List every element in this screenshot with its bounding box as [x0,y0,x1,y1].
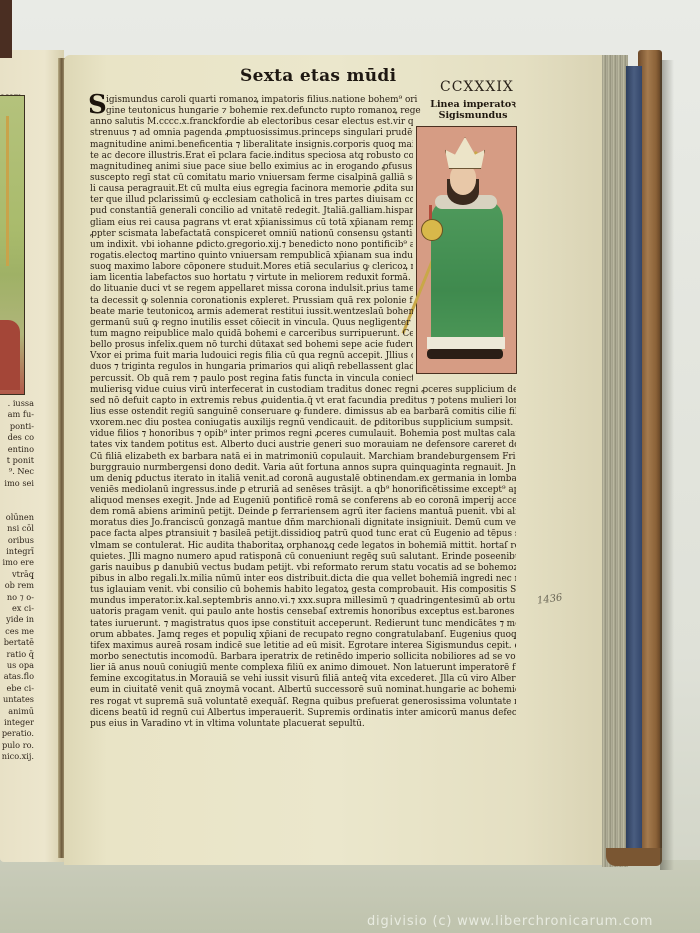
left-text-line [0,501,34,512]
text-line: garis nauibus ꝑ danubiū vectus budam pet… [90,563,516,574]
left-text-line: imo ere [0,557,34,568]
left-text-line: . iussa [0,398,34,409]
left-text-line: pulo ro. [0,740,34,751]
text-line: pace facta alpes ꝑtransiuit ⁊ basileā pe… [90,529,516,540]
text-line: pud constantiā generali concilio ad vnit… [90,206,413,217]
text-line: iam licentia labefactos suo hortatu ⁊ vi… [90,273,413,284]
text-line: uatoris pragam venit. qui paulo ante hos… [90,607,516,618]
left-page-woodcut [0,95,25,395]
text-line: percussit. Ob quā rem ⁊ paulo post regin… [90,374,413,385]
body-text: igismundus caroli quarti romanoꝝ impator… [90,95,516,730]
blue-endpaper [626,66,642,856]
book-cover-edge [0,0,12,58]
left-text-line: entino [0,444,34,455]
text-line: magnitudineq̧ animi siue pace siue bello… [90,162,413,173]
text-line: burggrauio nurmbergensi dono dedit. Vari… [90,463,516,474]
left-text-line: untates [0,694,34,705]
left-text-line: bertatē [0,637,34,648]
text-line: mulierisq̧ vidue cuius virū interfecerat… [90,385,516,396]
text-line: pibus in albo regali.lx.milia nūmū inter… [90,574,516,585]
left-text-line: t ponit [0,455,34,466]
text-line: vlmam se contulerat. Hic audita thaborit… [90,541,516,552]
watermark: digivisio (c) www.liberchronicarum.com [367,914,653,929]
left-text-line: us opa [0,660,34,671]
left-text-line: olūnen [0,512,34,523]
left-text-line: no ⁊ o- [0,592,34,603]
running-head: Sexta etas mūdi [240,66,396,86]
text-line: eum in ciuitatē venit quā znoymā vocant.… [90,685,516,696]
left-page-text-column: . iussaam fu-ponti-des coentinot ponit⁹.… [0,398,34,763]
text-line: aliquod menses exegit. Jnde ad Eugeniū p… [90,496,516,507]
left-text-line: nico.xij. [0,751,34,762]
left-text-line: ponti- [0,421,34,432]
left-text-line: oribus [0,535,34,546]
left-text-line: ces me [0,626,34,637]
text-line: ter que illud pclarissimū ꝙ ecclesiam ca… [90,195,413,206]
text-line: um indixit. vbi iohanne ꝑdicto.gregorio.… [90,240,413,251]
text-line: do lituanie duci vt se regem appellaret … [90,284,413,295]
text-line: tus iglauiam venit. vbi consilio cū bohe… [90,585,516,596]
text-line: suoq̧ maximo labore cōponere studuit.Mor… [90,262,413,273]
text-line: vxorem.nec diu postea coniugatis auxilij… [90,418,516,429]
text-line: Vxor ei prima fuit maria ludouici regis … [90,351,413,362]
text-line: magnitudine animi.beneficentia ⁊ liberal… [90,140,413,151]
left-text-line: peratio. [0,728,34,739]
text-line: ta decessit ꝙ solennia coronationis expl… [90,296,413,307]
left-text-line: yide in [0,614,34,625]
text-line: tates vix tandem potitus est. Alberto du… [90,440,516,451]
left-text-line: integrī [0,546,34,557]
text-line: germanū suū ꝙ regno inutilis esset cōiec… [90,318,413,329]
text-line: gine teutonicus hungarie ⁊ bohemie rex.d… [90,106,429,117]
scepter-shape [6,116,9,266]
text-line: suscepto regī stat cū comitatu mario vni… [90,173,413,184]
page-edges [602,55,628,867]
text-line: tum magno reipublice malo quidā bohemi e… [90,329,413,340]
text-line: tifex maximus aureā rosam indicē sue let… [90,641,516,652]
text-line: um deniq̧ ꝑductus iterato in italiā veni… [90,474,516,485]
left-text-line: ratio q̄ [0,649,34,660]
text-line: orum abbates. Jamq̧ reges et populiq̧ xp… [90,630,516,641]
text-line: beate marie teutonicoꝝ armis ademerat re… [90,307,413,318]
text-line: strenuus ⁊ ad omnia pagenda ꝓmptuosissim… [90,128,413,139]
left-text-line: animū [0,706,34,717]
text-line: veniēs mediolanū ingressus.inde ꝑ etruri… [90,485,516,496]
text-line: gliam eius rei causa pagrans vt erat xp̄… [90,218,413,229]
leather-binding-corner [606,848,662,866]
text-line: tates iuruerunt. ⁊ magistratus quos ipse… [90,619,516,630]
text-line: mundus imperator.ix.kal.septembris anno.… [90,596,516,607]
left-text-line: am fu- [0,409,34,420]
text-line: lius esse ostendit regiū sanguinē conser… [90,407,516,418]
text-line: ꝓpter scismata labefactatā conspiceret o… [90,229,413,240]
book-shadow [660,60,674,870]
text-line: vidue filios ⁊ honoribus ⁊ opib⁹ inter p… [90,429,516,440]
text-line: quietes. Jlli magno numero apud ratispon… [90,552,516,563]
text-line: te ac decore illustris.Erat eī pclara fa… [90,151,413,162]
text-line: rogatis.electoq̧ martino quinto vniuersa… [90,251,413,262]
text-line: anno salutis M.cccc.x.franckfordie ab el… [90,117,413,128]
left-text-line: ex ci- [0,603,34,614]
text-line: dicens beatū id regnū cui Albertus imper… [90,708,516,719]
left-text-line: atas.flo [0,671,34,682]
left-text-line: vtrāq̧ [0,569,34,580]
text-line: igismundus caroli quarti romanoꝝ impator… [90,95,429,106]
left-text-line: ⁹. Nec [0,466,34,477]
left-text-line: des co [0,432,34,443]
text-line: res rogat vt supremā suā voluntatē exequ… [90,697,516,708]
text-line: duos ⁊ triginta regulos in hungaria prim… [90,362,413,373]
left-text-line: integer [0,717,34,728]
text-line: femine excogitatus.in Morauiā se vehi iu… [90,674,516,685]
left-text-line: ebe ci- [0,683,34,694]
left-text-line: nsi cōl [0,523,34,534]
text-line: sed nō defuit capto in extremis rebus ꝓu… [90,396,516,407]
text-line: Cū filiā elizabeth ex barbara natā ei in… [90,452,516,463]
left-text-line [0,489,34,500]
left-text-line: ob rem [0,580,34,591]
text-line: morbo senectutis incomodū. Barbara ipera… [90,652,516,663]
text-line: bello prosus infelix.quem nō turchi dūta… [90,340,413,351]
folio-number: CCXXXIX [440,79,514,95]
left-text-line: imo sei [0,478,34,489]
text-line: dem romā abiens ariminū petijt. Deinde ꝑ… [90,507,516,518]
figure-robe-red [0,320,20,390]
text-line: pus eius in Varadino vt in vltima volunt… [90,719,516,730]
text-line: li causa peragrauit.Et cū multa eius egr… [90,184,413,195]
text-line: moratus dies Jo.franciscū gonzagā mantue… [90,518,516,529]
text-line: lier iā anus nouū coniugiū mente complex… [90,663,516,674]
